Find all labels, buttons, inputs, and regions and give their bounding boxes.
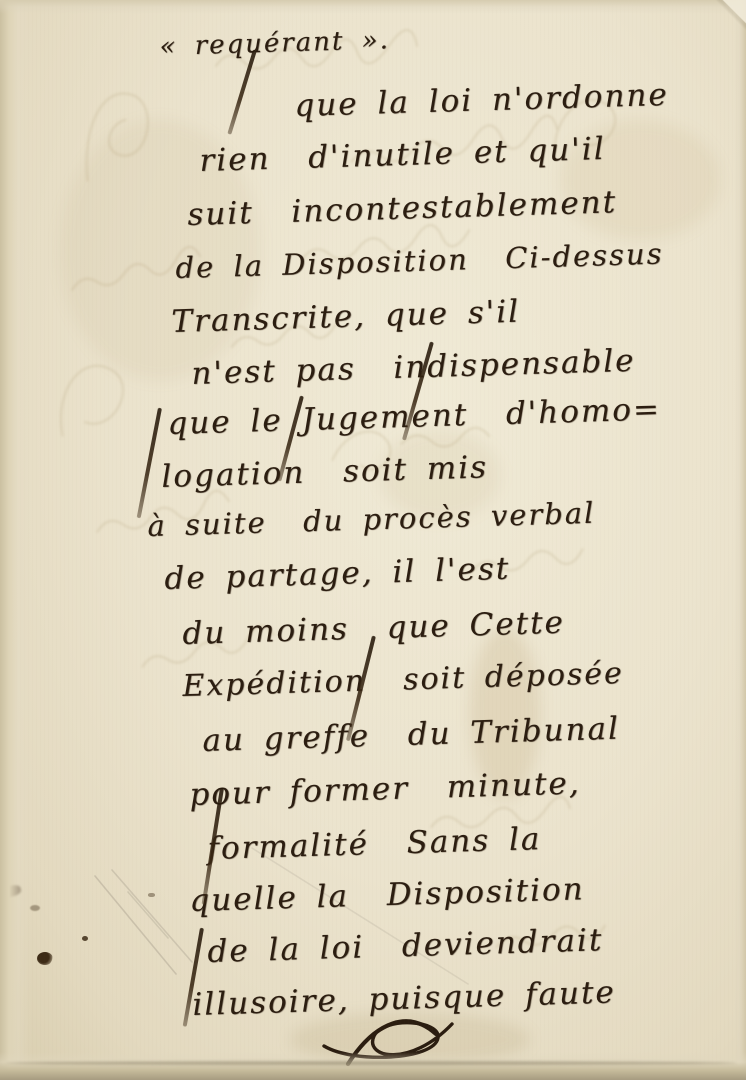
ink-spot [0, 884, 22, 900]
manuscript-line-4: suit incontestablement [187, 184, 618, 233]
page-edge-right [734, 0, 746, 1080]
manuscript-line-10: à suite du procès verbal [147, 496, 596, 543]
ink-spot [30, 905, 40, 911]
manuscript-line-17: quelle la Disposition [189, 871, 585, 919]
pen-flourish-stroke [137, 408, 162, 519]
corner-crease [668, 0, 746, 78]
ink-spot [148, 893, 155, 897]
page-bottom-shadow [6, 1061, 736, 1065]
manuscript-line-18: de la loi deviendrait [207, 922, 604, 970]
ink-spot [82, 936, 88, 941]
manuscript-line-7: n'est pas indispensable [191, 343, 636, 392]
manuscript-line-2: que la loi n'ordonne [294, 77, 669, 124]
manuscript-line-14: au greffe du Tribunal [202, 711, 620, 759]
manuscript-line-3: rien d'inutile et qu'il [199, 131, 606, 179]
manuscript-line-16: formalité Sans la [207, 821, 542, 867]
manuscript-line-15: pour former minute, [189, 765, 581, 813]
page-edge-left [0, 0, 32, 1080]
manuscript-line-13: Expédition soit déposée [182, 656, 624, 704]
manuscript-line-1: « requérant ». [159, 25, 390, 62]
manuscript-page: « requérant ». que la loi n'ordonne rien… [0, 0, 746, 1080]
pen-flourish-stroke [227, 49, 257, 134]
page-edge-top [0, 0, 746, 14]
manuscript-line-9: logation soit mis [161, 449, 489, 495]
manuscript-line-6: Transcrite, que s'il [171, 294, 521, 340]
manuscript-line-5: de la Disposition Ci-dessus [175, 237, 664, 285]
ink-spot [37, 952, 53, 965]
manuscript-line-11: de partage, il l'est [164, 551, 511, 597]
